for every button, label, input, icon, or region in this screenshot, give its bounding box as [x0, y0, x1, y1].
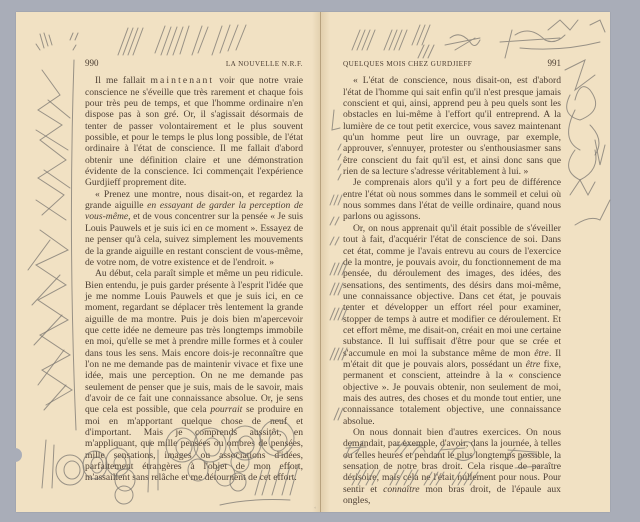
text-run: se produire en moi en m'apportant quelqu…: [85, 404, 303, 483]
text-run: Il me fallait: [95, 75, 150, 86]
right-paragraph-3: Or, on nous apprenait qu'il était possib…: [343, 223, 561, 427]
left-paragraph-2: « Prenez une montre, nous disait-on, et …: [85, 189, 303, 268]
page-corner-mark: ◦: [314, 505, 316, 510]
right-running-title: QUELQUES MOIS CHEZ GURDJIEFF: [343, 59, 472, 70]
text-run: Je comprenais alors qu'il y a fort peu d…: [343, 177, 561, 222]
right-running-head: QUELQUES MOIS CHEZ GURDJIEFF 991: [343, 58, 561, 70]
left-running-head: 990 LA NOUVELLE N.R.F.: [85, 58, 303, 70]
right-page-number: 991: [548, 58, 562, 69]
right-paragraph-1: « L'état de conscience, nous disait-on, …: [343, 75, 561, 177]
right-paragraph-2: Je comprenais alors qu'il y a fort peu d…: [343, 177, 561, 222]
italic-word: être: [534, 348, 549, 359]
left-page: 990 LA NOUVELLE N.R.F. Il me fallait mai…: [85, 58, 303, 484]
left-page-number: 990: [85, 58, 99, 69]
right-page: QUELQUES MOIS CHEZ GURDJIEFF 991 « L'éta…: [343, 58, 561, 506]
book-gutter: [320, 12, 321, 512]
italic-word: connaître: [383, 484, 419, 495]
text-run: voir que notre vraie conscience ne s'éve…: [85, 75, 303, 188]
letterspaced-word: maintenant: [150, 75, 214, 86]
left-paragraph-1: Il me fallait maintenant voir que notre …: [85, 75, 303, 188]
right-paragraph-4: On nous donnait bien d'autres exercices.…: [343, 427, 561, 506]
italic-word: pourrait: [210, 404, 242, 415]
left-paragraph-3: Au début, cela paraît simple et même un …: [85, 268, 303, 484]
text-run: « L'état de conscience, nous disait-on, …: [343, 75, 561, 177]
left-running-title: LA NOUVELLE N.R.F.: [226, 59, 303, 70]
text-run: Or, on nous apprenait qu'il était possib…: [343, 223, 561, 359]
text-run: Au début, cela paraît simple et même un …: [85, 268, 303, 415]
italic-word: être: [526, 359, 541, 370]
gutter-shadow: [312, 12, 330, 512]
